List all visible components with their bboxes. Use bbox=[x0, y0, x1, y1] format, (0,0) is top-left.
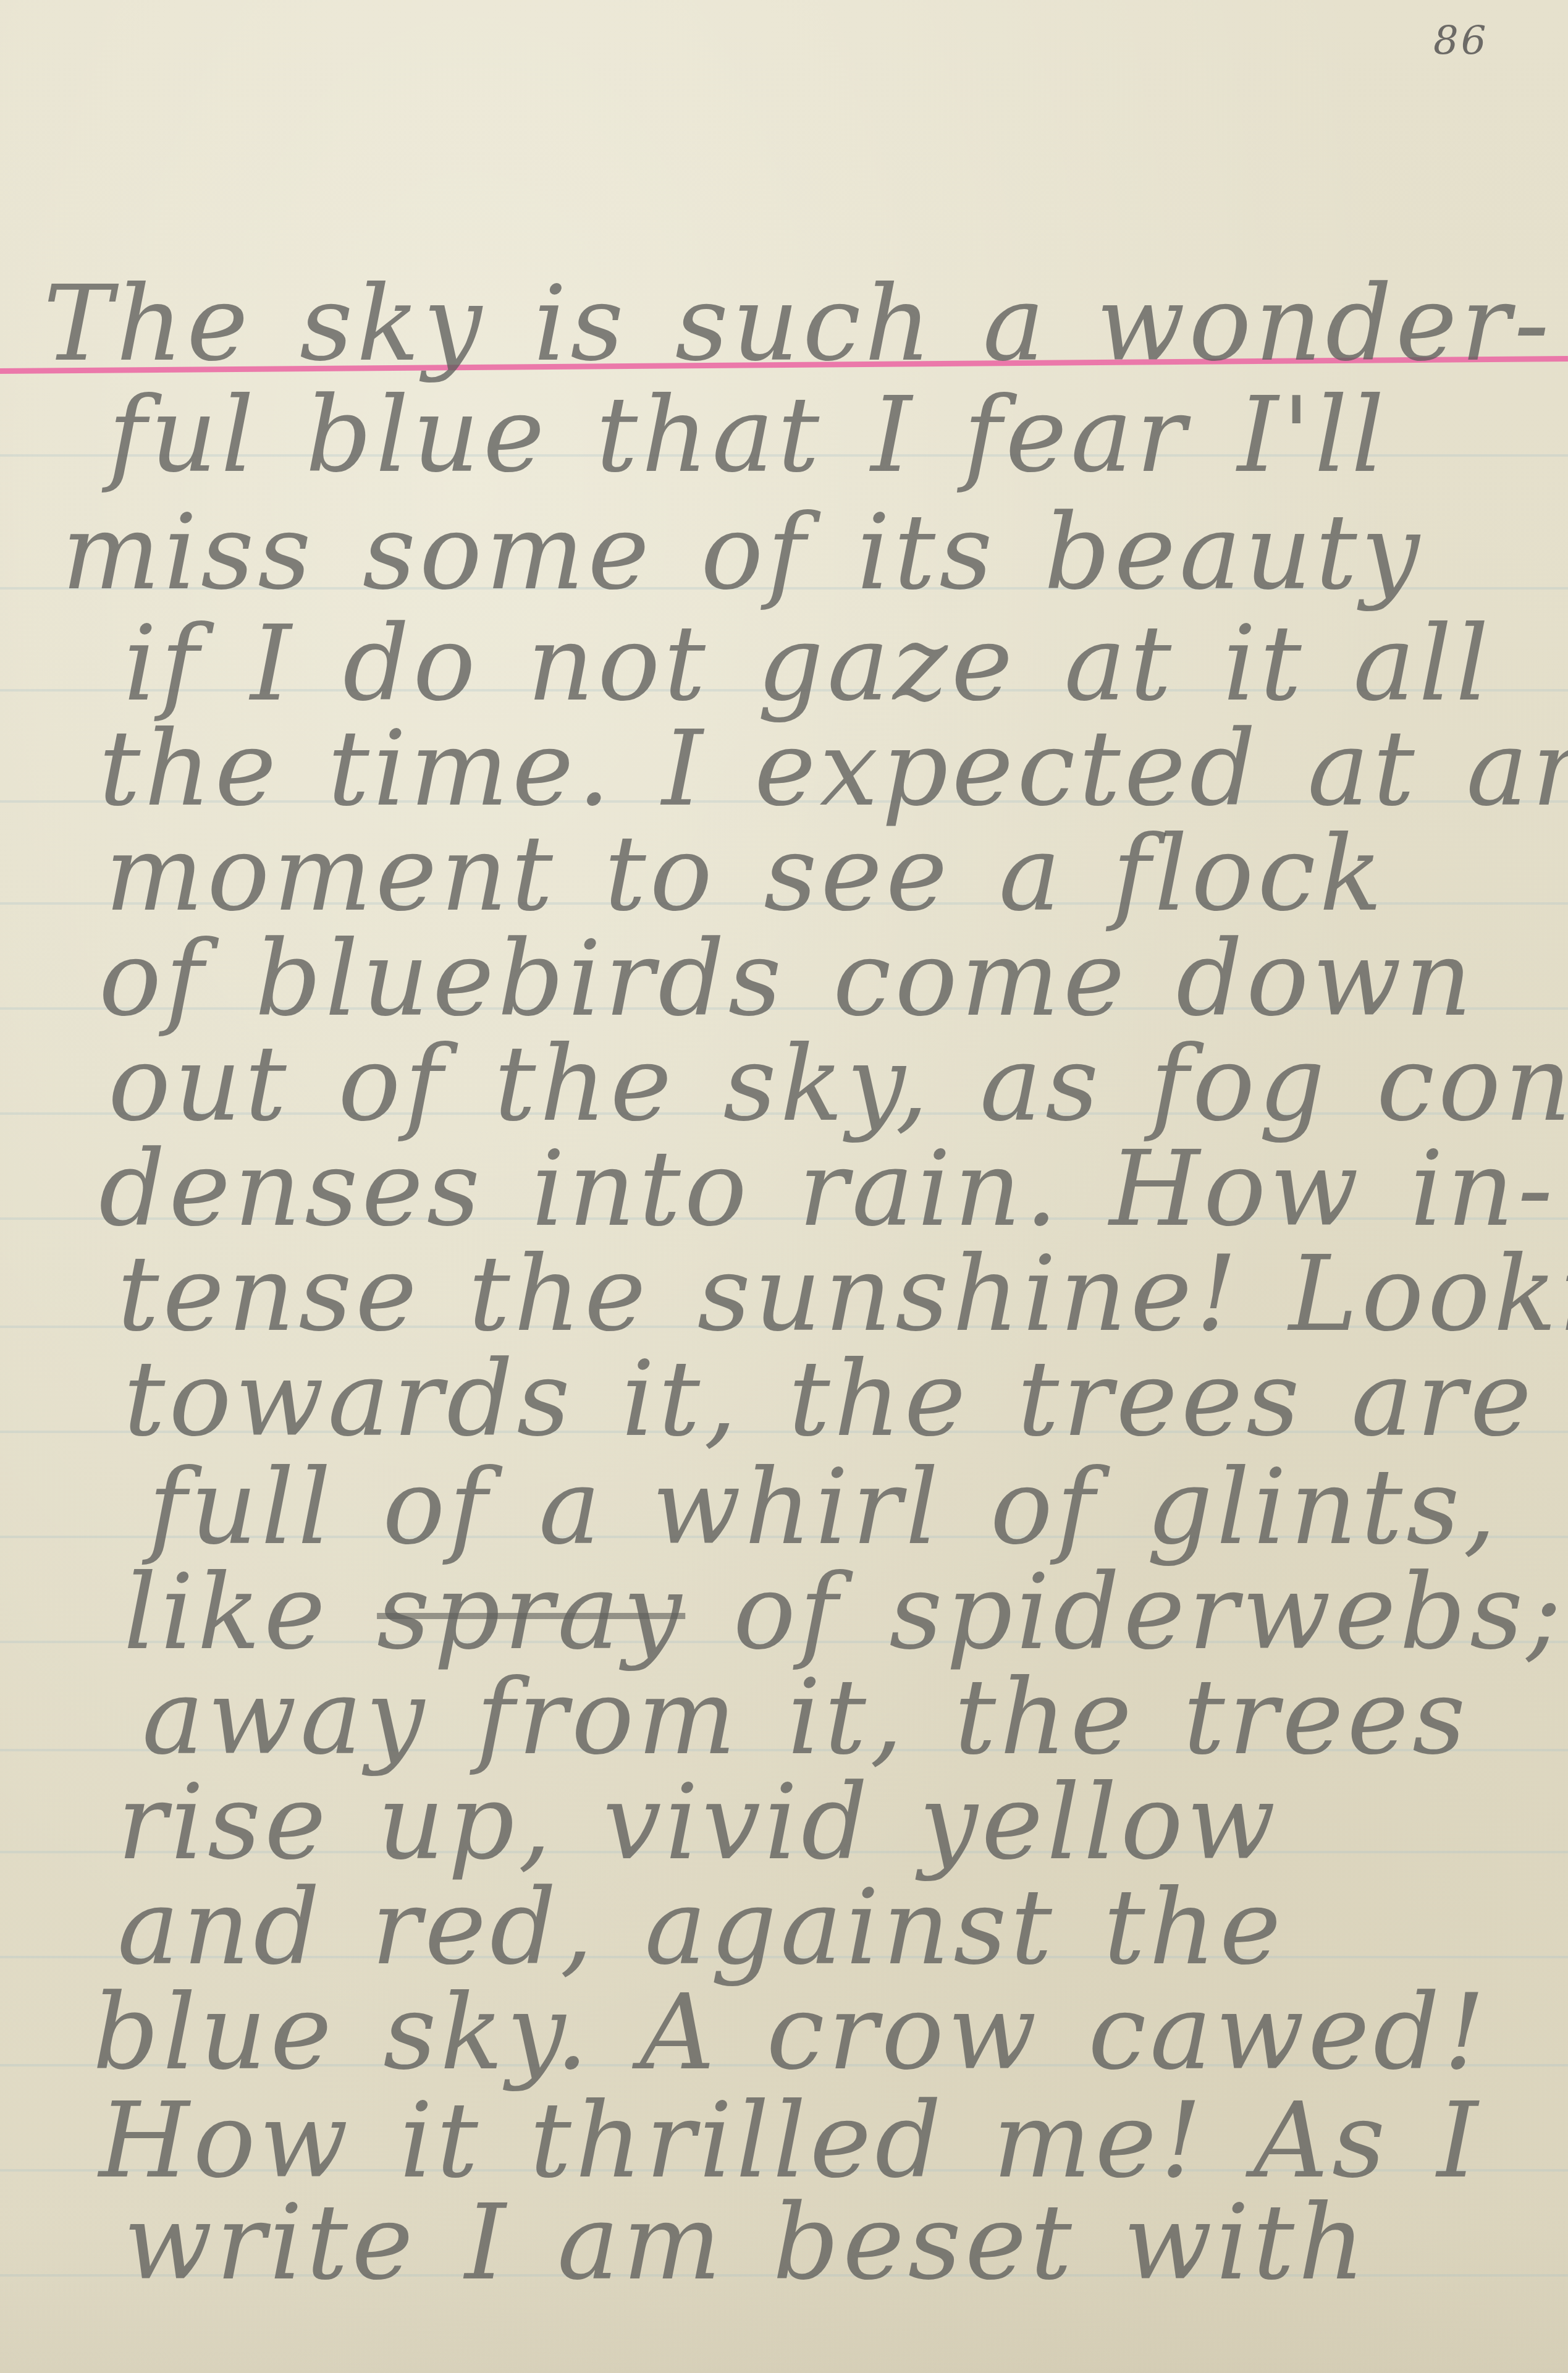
text-line: The sky is such a wonder- bbox=[43, 272, 1553, 376]
text-line: denses into rain. How in- bbox=[99, 1137, 1556, 1241]
text-line: blue sky. A crow cawed! bbox=[93, 1981, 1489, 2084]
text-line: full of a whirl of glints, bbox=[148, 1455, 1500, 1559]
text-line: of bluebirds come down bbox=[99, 927, 1475, 1031]
text-fragment: like bbox=[124, 1552, 377, 1673]
text-line: towards it, the trees are bbox=[124, 1347, 1535, 1451]
text-line: like spray of spiderwebs; bbox=[124, 1560, 1566, 1664]
text-line: moment to see a flock bbox=[105, 822, 1386, 926]
text-line: and red, against the bbox=[117, 1876, 1284, 1979]
text-line: out of the sky, as fog con- bbox=[108, 1032, 1568, 1136]
text-fragment: of spiderwebs; bbox=[685, 1552, 1565, 1673]
journal-page: 86 The sky is such a wonder- ful blue th… bbox=[0, 0, 1568, 2373]
journal-text: The sky is such a wonder- ful blue that … bbox=[0, 0, 1568, 2373]
text-line: if I do not gaze at it all bbox=[124, 612, 1493, 716]
text-line: How it thrilled me! As I bbox=[99, 2089, 1482, 2193]
text-line: the time. I expected at any bbox=[99, 717, 1568, 821]
struck-word: spray bbox=[377, 1552, 685, 1673]
text-line: away from it, the trees bbox=[142, 1665, 1469, 1769]
text-line: tense the sunshine! Looking bbox=[117, 1242, 1568, 1346]
paper-shading bbox=[0, 2225, 1568, 2373]
text-line: ful blue that I fear I'll bbox=[108, 383, 1388, 487]
text-line: miss some of its beauty bbox=[62, 501, 1423, 604]
text-line: rise up, vivid yellow bbox=[117, 1770, 1279, 1874]
